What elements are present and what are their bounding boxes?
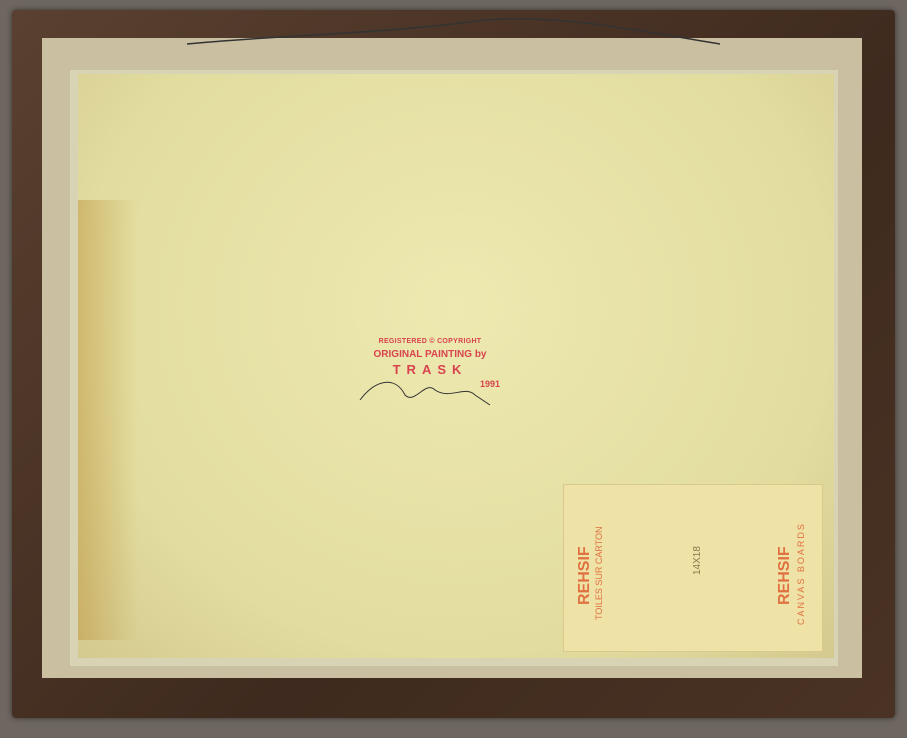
label-brand-left: REHSIF	[576, 546, 594, 605]
water-stain	[78, 200, 138, 640]
canvas-board-label: REHSIF TOILES SUR CARTON 14X18 REHSIF CA…	[563, 484, 823, 652]
label-brand-right: REHSIF	[776, 546, 794, 605]
stamp-original: ORIGINAL PAINTING by	[360, 349, 500, 360]
stamp-registered: REGISTERED © COPYRIGHT	[360, 338, 500, 345]
label-size: 14X18	[692, 546, 703, 575]
hanging-wire	[185, 14, 725, 54]
signature	[355, 370, 495, 410]
label-subtitle-left: TOILES SUR CARTON	[594, 526, 604, 620]
label-subtitle-right: CANVAS BOARDS	[796, 522, 806, 625]
